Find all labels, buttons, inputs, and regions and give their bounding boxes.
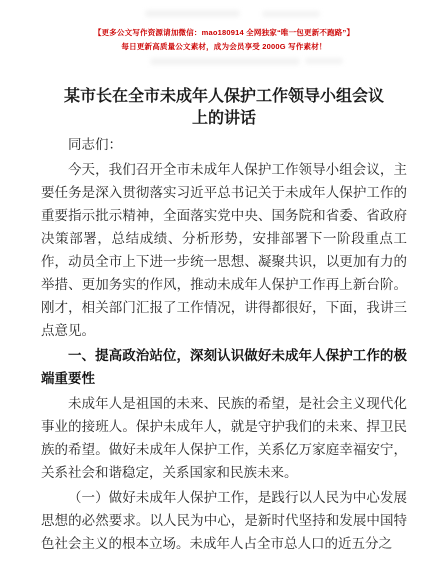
document-title-line-2: 上的讲话 xyxy=(192,110,256,127)
page-number: 1 xyxy=(0,541,448,552)
promo-line-2: 每日更新高质量公文素材，成为会员享受 2000G 写作素材！ xyxy=(0,40,448,54)
paragraph: 未成年人是祖国的未来、民族的希望，是社会主义现代化事业的接班人。保护未成年人，就… xyxy=(41,392,407,484)
scan-artifact xyxy=(305,58,343,64)
promo-header: 【更多公文写作资源请加微信：mao180914 全网独家“唯一包更新不跑路”】 … xyxy=(0,26,448,54)
document-body: 同志们： 今天，我们召开全市未成年人保护工作领导小组会议，主要任务是深入贯彻落实… xyxy=(41,133,407,557)
section-heading: 一、提高政治站位，深刻认识做好未成年人保护工作的极端重要性 xyxy=(41,344,407,390)
scan-artifact xyxy=(262,11,320,17)
promo-line-1: 【更多公文写作资源请加微信：mao180914 全网独家“唯一包更新不跑路”】 xyxy=(0,26,448,40)
document-title-line-1: 某市长在全市未成年人保护工作领导小组会议 xyxy=(64,88,384,105)
document-page: 【更多公文写作资源请加微信：mao180914 全网独家“唯一包更新不跑路”】 … xyxy=(0,0,448,580)
document-title: 某市长在全市未成年人保护工作领导小组会议 上的讲话 xyxy=(44,86,404,130)
scan-artifact xyxy=(150,58,300,65)
paragraph: 今天，我们召开全市未成年人保护工作领导小组会议，主要任务是深入贯彻落实习近平总书… xyxy=(41,158,407,342)
scan-artifact xyxy=(145,10,240,17)
salutation: 同志们： xyxy=(41,133,407,156)
